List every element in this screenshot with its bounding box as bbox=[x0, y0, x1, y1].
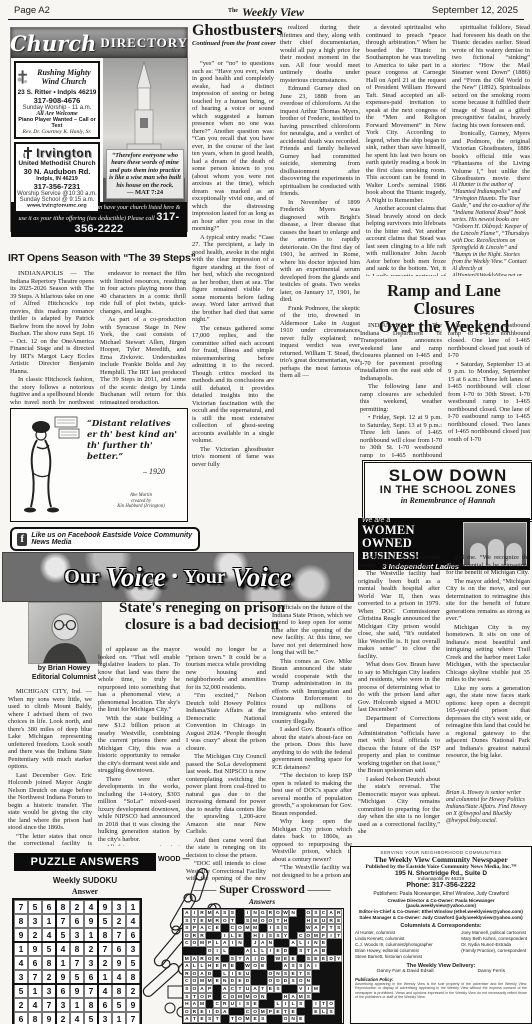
grid-cell: 2 bbox=[56, 1012, 70, 1024]
grid-cell: 7 bbox=[14, 900, 28, 914]
wood-answer-label: WOOD — bbox=[158, 856, 190, 863]
grid-cell: S bbox=[206, 1015, 214, 1023]
grid-cell: T bbox=[305, 947, 313, 955]
headline-line: State's reneging on prison bbox=[106, 600, 298, 617]
grid-cell: 4 bbox=[112, 970, 126, 984]
grid-black-cell bbox=[327, 962, 335, 970]
irt-headline: IRT Opens Season with “The 39 Steps” bbox=[8, 252, 188, 264]
grid-cell: 3 bbox=[14, 970, 28, 984]
grid-black-cell bbox=[213, 985, 221, 993]
masthead-role: Sales Manager & Co-Owner: Judy Crawford … bbox=[355, 915, 527, 920]
grid-cell: A bbox=[213, 909, 221, 917]
article-paragraph: • Friday, Sept. 12 at 9 p.m. to Saturday… bbox=[360, 414, 442, 458]
grid-cell: T bbox=[320, 1000, 328, 1008]
article-paragraph: INDIANAPOLIS — The Indiana Repertory The… bbox=[10, 270, 94, 375]
grid-black-cell bbox=[305, 1000, 313, 1008]
grid-black-cell bbox=[327, 939, 335, 947]
crossword-answer-grid: AIRMASSINGROWNOSCARSTEMROTSMOOTHHEURESPA… bbox=[182, 908, 344, 1024]
grid-cell: O bbox=[236, 924, 244, 932]
grid-cell: S bbox=[221, 909, 229, 917]
howey-column-1: MICHIGAN CITY, Ind. — When my sons were … bbox=[8, 688, 92, 846]
grid-cell: O bbox=[282, 1015, 290, 1023]
grid-cell: S bbox=[289, 977, 297, 985]
grid-cell: A bbox=[251, 985, 259, 993]
grid-cell: 9 bbox=[98, 900, 112, 914]
grid-cell: M bbox=[244, 924, 252, 932]
grid-black-cell bbox=[335, 1008, 343, 1016]
article-paragraph: “yes” or “no” to questions such as: “Hav… bbox=[192, 60, 274, 233]
ramp-column-2: lanes of I-70 eastbound ramp to I-465 no… bbox=[448, 322, 530, 458]
grid-black-cell bbox=[259, 977, 267, 985]
article-paragraph: Department of Corrections and Department… bbox=[358, 715, 440, 775]
grid-black-cell bbox=[335, 985, 343, 993]
facebook-promo-bar: f Like us on Facebook Eastside Voice Com… bbox=[10, 527, 200, 551]
grid-black-cell bbox=[282, 939, 290, 947]
grid-black-cell bbox=[259, 924, 267, 932]
grid-cell: U bbox=[244, 970, 252, 978]
grid-cell: A bbox=[312, 924, 320, 932]
issue-date: September 12, 2025 bbox=[432, 5, 518, 16]
church-name: Rushing Mighty Wind Church bbox=[31, 68, 97, 86]
grid-black-cell bbox=[289, 917, 297, 925]
church-directory-header: Church DIRECTORY bbox=[11, 28, 187, 58]
grid-cell: M bbox=[198, 977, 206, 985]
grid-cell: 5 bbox=[42, 942, 56, 956]
grid-cell: 2 bbox=[28, 928, 42, 942]
grid-cell: M bbox=[244, 993, 252, 1001]
grid-cell: I bbox=[312, 962, 320, 970]
grid-cell: O bbox=[305, 909, 313, 917]
grid-cell: 3 bbox=[42, 984, 56, 998]
grid-cell: O bbox=[191, 970, 199, 978]
grid-black-cell bbox=[335, 947, 343, 955]
grid-cell: 5 bbox=[126, 956, 140, 970]
grid-cell: S bbox=[297, 962, 305, 970]
grid-cell: H bbox=[282, 993, 290, 1001]
article-paragraph: “The decision to keep ISP open is relate… bbox=[272, 772, 352, 817]
grid-cell: L bbox=[229, 932, 237, 940]
grid-black-cell bbox=[335, 1000, 343, 1008]
columnists-left: Al Hunter, columnistLinda Kennett, colum… bbox=[355, 930, 433, 960]
abe-credit: Abe Martin created by Kin Hubbard (Irvin… bbox=[101, 493, 181, 510]
grid-cell: I bbox=[206, 1008, 214, 1016]
grid-cell: 9 bbox=[84, 914, 98, 928]
church-phone: 317-908-4676 bbox=[17, 96, 97, 105]
grid-black-cell bbox=[289, 985, 297, 993]
grid-cell: I bbox=[327, 932, 335, 940]
grid-cell: 7 bbox=[98, 942, 112, 956]
grid-black-cell bbox=[229, 947, 237, 955]
grid-cell: M bbox=[297, 993, 305, 1001]
crossword-title: —— Super Crossword —— bbox=[176, 884, 348, 896]
grid-cell: E bbox=[282, 955, 290, 963]
grid-cell: U bbox=[244, 985, 252, 993]
pastor-line: Rev. Dr. Courtney K. Hanly, Sr. bbox=[17, 129, 97, 135]
grid-cell: P bbox=[267, 1008, 275, 1016]
grid-cell: T bbox=[335, 932, 343, 940]
columnist-entry: Steve Barnett, historian columnist bbox=[355, 954, 433, 960]
ghostbusters-column-1: “yes” or “no” to questions such as: “Hav… bbox=[192, 60, 274, 552]
grid-black-cell bbox=[267, 993, 275, 1001]
article-paragraph: And then came word that the state is ren… bbox=[186, 837, 266, 860]
abe-martin-cartoon bbox=[15, 413, 81, 517]
grid-black-cell bbox=[297, 917, 305, 925]
grid-cell: 7 bbox=[126, 1012, 140, 1024]
article-paragraph: Like my sons a generation ago, the state… bbox=[446, 685, 530, 760]
headline-line: Ramp and Lane Closures bbox=[358, 282, 530, 318]
grid-cell: 8 bbox=[84, 998, 98, 1012]
grid-cell: I bbox=[305, 939, 313, 947]
grid-black-cell bbox=[236, 962, 244, 970]
church-caps-text: DIRECTORY bbox=[100, 35, 188, 51]
grid-black-cell bbox=[320, 993, 328, 1001]
grid-cell: A bbox=[327, 909, 335, 917]
masthead-phone: Phone: 317-356-2222 bbox=[355, 882, 527, 889]
grid-cell: T bbox=[229, 917, 237, 925]
slow-down-line3: in Remembrance of Hannah bbox=[365, 496, 531, 506]
grid-cell: O bbox=[274, 909, 282, 917]
grid-cell: S bbox=[305, 955, 313, 963]
grid-cell: 9 bbox=[70, 984, 84, 998]
grid-cell: 8 bbox=[126, 970, 140, 984]
grid-black-cell bbox=[274, 962, 282, 970]
grid-cell: 8 bbox=[56, 900, 70, 914]
grid-cell: I bbox=[259, 932, 267, 940]
grid-cell: R bbox=[213, 955, 221, 963]
grid-cell: S bbox=[183, 917, 191, 925]
crossword-answers-label: Answers bbox=[176, 897, 348, 906]
grid-cell: I bbox=[229, 970, 237, 978]
howey-headline: State's reneging on prison closure is a … bbox=[106, 600, 298, 634]
slow-down-notice: SLOW DOWN IN THE SCHOOL ZONES in Remembr… bbox=[362, 460, 532, 522]
grid-cell: E bbox=[198, 917, 206, 925]
grid-black-cell bbox=[327, 970, 335, 978]
grid-cell: S bbox=[229, 909, 237, 917]
grid-cell: M bbox=[251, 917, 259, 925]
article-paragraph: spiritualist folklore, Stead had foresee… bbox=[452, 24, 530, 129]
grid-cell: O bbox=[251, 993, 259, 1001]
grid-cell: O bbox=[327, 1000, 335, 1008]
grid-black-cell bbox=[221, 1015, 229, 1023]
grid-cell: E bbox=[213, 977, 221, 985]
grid-cell: E bbox=[297, 1015, 305, 1023]
article-paragraph: In November of 1899 Frederick Myers was … bbox=[280, 199, 360, 304]
grid-cell: A bbox=[191, 955, 199, 963]
grid-cell: W bbox=[282, 909, 290, 917]
grid-cell: E bbox=[229, 962, 237, 970]
grid-cell: L bbox=[297, 939, 305, 947]
grid-black-cell bbox=[274, 1015, 282, 1023]
grid-cell: C bbox=[229, 985, 237, 993]
article-paragraph: In classic Hitchcock fashion, the story … bbox=[10, 376, 94, 404]
grid-cell: E bbox=[335, 917, 343, 925]
grid-cell: R bbox=[327, 917, 335, 925]
grid-cell: D bbox=[282, 977, 290, 985]
grid-cell: E bbox=[267, 985, 275, 993]
grid-cell: H bbox=[206, 962, 214, 970]
grid-cell: 9 bbox=[42, 1012, 56, 1024]
grid-cell: A bbox=[221, 939, 229, 947]
grid-cell: M bbox=[198, 1000, 206, 1008]
masthead-box: SERVING YOUR NEIGHBORHOOD COMMUNITIES Th… bbox=[350, 846, 532, 1024]
grid-cell: S bbox=[183, 985, 191, 993]
grid-cell: 1 bbox=[42, 914, 56, 928]
grid-black-cell bbox=[267, 1015, 275, 1023]
grid-cell: 7 bbox=[112, 928, 126, 942]
grid-black-cell bbox=[236, 947, 244, 955]
grid-cell: I bbox=[191, 909, 199, 917]
grid-cell: H bbox=[305, 917, 313, 925]
grid-cell: 8 bbox=[42, 956, 56, 970]
masthead-name: The Weekly View Community Newspaper bbox=[355, 855, 527, 864]
grid-cell: S bbox=[282, 924, 290, 932]
grid-black-cell bbox=[259, 1000, 267, 1008]
grid-cell: 6 bbox=[84, 970, 98, 984]
banner-voice-2: Voice bbox=[232, 562, 292, 593]
grid-cell: P bbox=[206, 985, 214, 993]
grid-cell: E bbox=[251, 1015, 259, 1023]
grid-cell: T bbox=[274, 917, 282, 925]
grid-black-cell bbox=[305, 1008, 313, 1016]
grid-cell: T bbox=[191, 993, 199, 1001]
howey-column-3: would no longer be a “prison town.” It c… bbox=[186, 646, 266, 882]
grid-cell: 6 bbox=[126, 928, 140, 942]
al-hunter-bio: Al Hunter is the author of “Haunted Indi… bbox=[452, 182, 530, 276]
grid-black-cell bbox=[274, 993, 282, 1001]
grid-cell: L bbox=[320, 1008, 328, 1016]
grid-black-cell bbox=[289, 924, 297, 932]
article-paragraph: There were other developments in the wor… bbox=[98, 776, 180, 844]
grid-cell: 7 bbox=[70, 956, 84, 970]
grid-cell: F bbox=[320, 924, 328, 932]
grid-cell: M bbox=[312, 985, 320, 993]
portrait-silhouette bbox=[29, 603, 101, 663]
grid-cell: I bbox=[267, 947, 275, 955]
grid-cell: W bbox=[274, 955, 282, 963]
article-paragraph: As part of a co-production with Syracuse… bbox=[100, 316, 186, 404]
grid-cell: R bbox=[213, 917, 221, 925]
article-paragraph: endeavor to reenact the film with limite… bbox=[100, 270, 186, 315]
grid-cell: A bbox=[221, 1008, 229, 1016]
grid-cell: L bbox=[289, 1000, 297, 1008]
grid-cell: A bbox=[221, 985, 229, 993]
grid-cell: S bbox=[335, 924, 343, 932]
grid-cell: S bbox=[305, 993, 313, 1001]
article-paragraph: of applause as the mayor looked on. “Tha… bbox=[98, 646, 180, 714]
grid-black-cell bbox=[221, 955, 229, 963]
piano-line: Piano Player Wanted – Call or Text bbox=[17, 117, 97, 129]
grid-cell: 9 bbox=[28, 942, 42, 956]
grid-cell: P bbox=[206, 939, 214, 947]
abe-martin-cartoon-box: “Distant relatives er th' best kind an' … bbox=[10, 408, 188, 522]
grid-cell: E bbox=[320, 939, 328, 947]
church-listing-rushing: Rushing Mighty Wind Church 23 S. Ritter … bbox=[14, 61, 100, 139]
grid-black-cell bbox=[327, 985, 335, 993]
grid-cell: C bbox=[229, 924, 237, 932]
grid-cell: F bbox=[320, 932, 328, 940]
grid-cell: N bbox=[221, 977, 229, 985]
grid-cell: D bbox=[206, 970, 214, 978]
grid-cell: N bbox=[312, 939, 320, 947]
grid-cell: T bbox=[236, 955, 244, 963]
grid-cell: N bbox=[259, 993, 267, 1001]
header-rule bbox=[8, 19, 524, 20]
grid-cell: S bbox=[244, 1000, 252, 1008]
grid-black-cell bbox=[206, 932, 214, 940]
grid-cell: M bbox=[206, 917, 214, 925]
grid-black-cell bbox=[274, 939, 282, 947]
grid-cell: 1 bbox=[126, 900, 140, 914]
article-paragraph: The Michigan City Council passed the SoL… bbox=[186, 753, 266, 836]
grid-cell: Y bbox=[335, 955, 343, 963]
ghostbusters-column-2: realized during their lifetimes and they… bbox=[280, 24, 360, 552]
grid-cell: T bbox=[213, 1015, 221, 1023]
article-paragraph: Another account claims that Stead bravel… bbox=[366, 205, 446, 276]
grid-cell: E bbox=[312, 917, 320, 925]
slow-down-line1: SLOW DOWN bbox=[365, 467, 531, 484]
grid-cell: R bbox=[183, 970, 191, 978]
steeple-photo: “Therefore everyone who hears these word… bbox=[103, 58, 187, 202]
grid-black-cell bbox=[297, 909, 305, 917]
grid-cell: O bbox=[206, 955, 214, 963]
sudoku-grid: 7568249318317695249245318761954827634681… bbox=[12, 898, 142, 1024]
facebook-icon: f bbox=[17, 533, 27, 546]
grid-cell: 5 bbox=[84, 1012, 98, 1024]
grid-black-cell bbox=[259, 970, 267, 978]
article-paragraph: a devoted spiritualist who continued to … bbox=[366, 24, 446, 204]
grid-cell: 5 bbox=[56, 928, 70, 942]
irvington-phone: 317-356-7231 bbox=[17, 182, 97, 191]
grid-cell: E bbox=[236, 977, 244, 985]
grid-cell: R bbox=[335, 909, 343, 917]
grid-cell: E bbox=[236, 970, 244, 978]
women-ad-line2: WOMEN OWNED bbox=[362, 524, 459, 550]
grid-cell: 2 bbox=[14, 998, 28, 1012]
grid-cell: C bbox=[206, 924, 214, 932]
grid-black-cell bbox=[297, 924, 305, 932]
article-paragraph: operate as a correctional facility,” the… bbox=[358, 554, 440, 569]
grid-cell: N bbox=[305, 977, 313, 985]
grid-black-cell bbox=[335, 1015, 343, 1023]
article-paragraph: told me. “We recognize the site's potent… bbox=[446, 554, 530, 577]
grid-cell: 6 bbox=[112, 942, 126, 956]
grid-cell: L bbox=[251, 947, 259, 955]
grid-cell: 1 bbox=[70, 998, 84, 1012]
article-paragraph: What does Gov. Braun have to say to Mich… bbox=[358, 661, 440, 714]
grid-cell: D bbox=[327, 955, 335, 963]
grid-cell: A bbox=[244, 955, 252, 963]
grid-cell: S bbox=[229, 955, 237, 963]
grid-cell: C bbox=[244, 1008, 252, 1016]
grid-cell: T bbox=[297, 970, 305, 978]
grid-cell: C bbox=[213, 1000, 221, 1008]
grid-cell: D bbox=[282, 947, 290, 955]
grid-cell: M bbox=[251, 924, 259, 932]
grid-cell: 3 bbox=[98, 1012, 112, 1024]
grid-black-cell bbox=[320, 962, 328, 970]
grid-black-cell bbox=[312, 993, 320, 1001]
grid-cell: L bbox=[213, 939, 221, 947]
grid-cell: S bbox=[305, 970, 313, 978]
irt-column-1: INDIANAPOLIS — The Indiana Repertory The… bbox=[10, 270, 94, 404]
grid-cell: S bbox=[183, 924, 191, 932]
grid-cell: O bbox=[305, 932, 313, 940]
delivery-name: Danny Ferris bbox=[478, 969, 505, 974]
grid-cell: T bbox=[236, 985, 244, 993]
sudoku-divider bbox=[12, 983, 142, 985]
grid-cell: I bbox=[244, 909, 252, 917]
howey-bio: Brian A. Howey is senior writer and colu… bbox=[446, 790, 530, 840]
grid-cell: E bbox=[274, 1008, 282, 1016]
slow-down-line2: IN THE SCHOOL ZONES bbox=[365, 484, 531, 496]
grid-cell: 3 bbox=[56, 998, 70, 1012]
grid-black-cell bbox=[267, 962, 275, 970]
grid-cell: 5 bbox=[112, 998, 126, 1012]
grid-cell: Y bbox=[282, 932, 290, 940]
sudoku-title-text: Weekly SUDOKU bbox=[53, 876, 117, 885]
grid-cell: S bbox=[274, 932, 282, 940]
grid-black-cell bbox=[221, 924, 229, 932]
grid-cell: R bbox=[198, 932, 206, 940]
grid-cell: 8 bbox=[28, 1012, 42, 1024]
grid-black-cell bbox=[327, 993, 335, 1001]
title-main: Weekly View bbox=[242, 5, 304, 19]
article-paragraph: Frank Podmore, the skeptic of the trio, … bbox=[280, 305, 360, 380]
grid-cell: A bbox=[191, 1000, 199, 1008]
grid-black-cell bbox=[198, 947, 206, 955]
bible-verse: “Therefore everyone who hears these word… bbox=[106, 149, 184, 199]
dash-right: —— bbox=[308, 884, 331, 896]
grid-black-cell bbox=[289, 932, 297, 940]
grid-cell: M bbox=[183, 955, 191, 963]
grid-cell: A bbox=[312, 947, 320, 955]
byline-title: Editorial Columnist bbox=[20, 674, 108, 683]
grid-cell: S bbox=[244, 917, 252, 925]
article-paragraph: MICHIGAN CITY, Ind. — When my sons were … bbox=[8, 688, 92, 771]
grid-cell: H bbox=[251, 932, 259, 940]
sudoku-divider bbox=[97, 898, 99, 1024]
grid-black-cell bbox=[320, 977, 328, 985]
grid-cell: 2 bbox=[84, 942, 98, 956]
grid-cell: A bbox=[183, 1015, 191, 1023]
grid-cell: N bbox=[289, 1015, 297, 1023]
headline-line: closure is a bad decision bbox=[106, 617, 298, 634]
grid-cell: T bbox=[191, 917, 199, 925]
grid-cell: 3 bbox=[28, 914, 42, 928]
puzzle-answers-banner: PUZZLE ANSWERS bbox=[14, 853, 156, 871]
banner-voice-1: Voice bbox=[106, 562, 166, 593]
grid-cell: 4 bbox=[84, 900, 98, 914]
grid-cell: L bbox=[221, 970, 229, 978]
grid-cell: E bbox=[289, 970, 297, 978]
article-paragraph: officials on the future of the Indiana S… bbox=[272, 604, 352, 657]
church-listing-irvington: Irvington United Methodist Church 30 N. … bbox=[14, 142, 100, 213]
grid-cell: 3 bbox=[70, 928, 84, 942]
grid-cell: S bbox=[183, 993, 191, 1001]
grid-cell: E bbox=[251, 1000, 259, 1008]
grid-cell: S bbox=[282, 970, 290, 978]
grid-cell: S bbox=[259, 1015, 267, 1023]
article-paragraph: Michigan City is my hometown. It sits on… bbox=[446, 624, 530, 684]
grid-cell: 6 bbox=[42, 900, 56, 914]
article-paragraph: Ironically, Gurney, Myers and Podmore, t… bbox=[452, 130, 530, 180]
grid-cell: D bbox=[229, 977, 237, 985]
grid-cell: M bbox=[244, 1015, 252, 1023]
abe-martin-quote: “Distant relatives er th' best kind an' … bbox=[87, 419, 181, 463]
grid-cell: 2 bbox=[98, 956, 112, 970]
grid-cell: A bbox=[198, 985, 206, 993]
grid-cell: E bbox=[320, 955, 328, 963]
